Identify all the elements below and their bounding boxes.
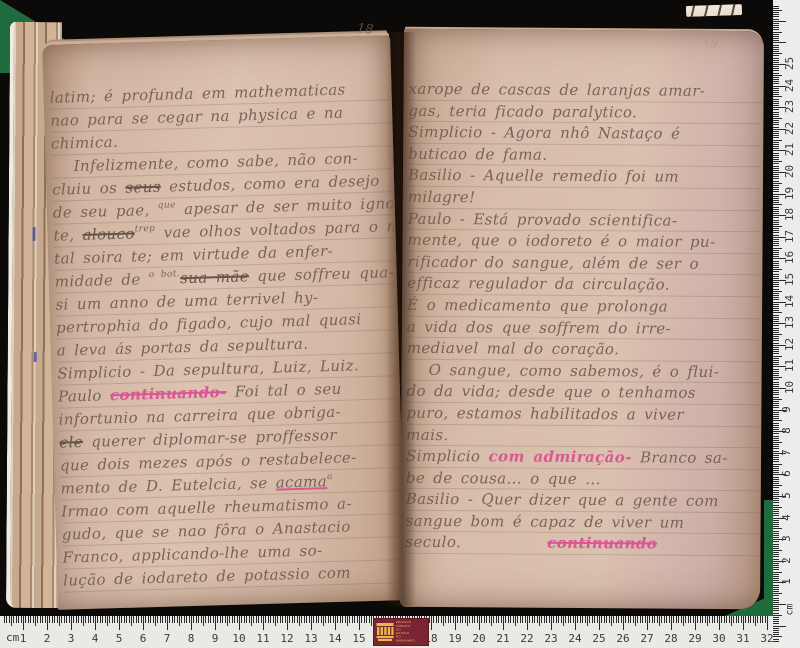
ruler-tick	[773, 319, 779, 320]
ruler-tick	[773, 299, 779, 300]
ruler-tick	[773, 481, 779, 482]
ruler-tick	[773, 513, 779, 514]
ruler-tick	[64, 616, 65, 623]
ruler-tick	[773, 178, 779, 179]
ruler-number: 4	[780, 514, 793, 521]
ruler-tick	[433, 616, 434, 623]
ruler-tick	[773, 81, 779, 82]
ruler-tick	[773, 55, 779, 56]
ruler-tick	[721, 616, 722, 623]
ruler-tick	[773, 105, 779, 106]
ruler-tick	[773, 522, 779, 523]
ruler-tick	[773, 114, 779, 115]
ruler-tick	[690, 616, 691, 623]
ruler-tick	[773, 548, 779, 549]
ruler-tick	[773, 112, 779, 113]
ruler-tick	[565, 616, 566, 623]
ruler-tick	[208, 616, 209, 623]
ruler-tick	[222, 616, 223, 623]
ruler-tick	[773, 191, 779, 192]
ruler-number: 16	[783, 251, 796, 264]
ruler-tick	[529, 616, 530, 623]
ruler-tick	[733, 616, 734, 623]
ruler-tick	[773, 146, 779, 147]
ruler-tick	[773, 211, 779, 212]
manuscript-text-segment: puro, estamos habilitados a viver	[406, 404, 684, 424]
ruler-tick	[213, 616, 214, 623]
ruler-number: 10	[232, 632, 245, 645]
ruler-tick	[773, 589, 779, 590]
ruler-tick	[109, 616, 110, 623]
ruler-tick	[773, 202, 779, 203]
ruler-tick	[773, 185, 779, 186]
ruler-tick	[544, 616, 545, 623]
ruler-tick	[157, 616, 158, 623]
ruler-tick	[773, 567, 779, 568]
ruler-tick	[54, 616, 55, 623]
ruler-tick	[773, 101, 779, 102]
ruler-tick	[773, 308, 779, 309]
ruler-tick	[773, 375, 779, 376]
manuscript-line: a vida dos que soffrem do irre-	[407, 316, 760, 340]
ruler-tick	[150, 616, 151, 623]
ruler-tick	[773, 34, 779, 35]
ruler-tick	[773, 386, 779, 387]
ruler-tick	[6, 616, 7, 623]
ruler-tick	[25, 616, 26, 623]
ruler-tick	[773, 455, 779, 456]
ruler-number: 1	[780, 579, 793, 586]
ruler-tick	[773, 595, 779, 596]
ruler-tick	[773, 360, 779, 361]
manuscript-text-segment: Paulo - Está provado scientifica-	[408, 209, 678, 229]
archive-stamp-text: ARQUIVO PÚBLICO DO ESTADO DO MARANHÃO	[396, 621, 415, 643]
ruler-tick	[773, 62, 779, 63]
ruler-tick	[773, 23, 779, 24]
ruler-tick	[773, 373, 779, 374]
ruler-tick	[750, 616, 751, 623]
ruler-number: 13	[783, 316, 796, 329]
ruler-tick	[196, 616, 197, 623]
ruler-tick	[465, 616, 466, 623]
ruler-tick	[234, 616, 235, 623]
ruler-tick	[117, 616, 118, 623]
ruler-tick	[773, 239, 779, 240]
ruler-tick	[345, 616, 346, 623]
ruler-tick	[773, 274, 779, 275]
ruler-tick	[431, 616, 432, 630]
ruler-tick	[570, 616, 571, 623]
ruler-tick	[773, 509, 779, 510]
ruler-tick	[773, 330, 779, 331]
ruler-tick	[773, 459, 779, 460]
ruler-tick	[652, 616, 653, 623]
ruler-tick	[189, 616, 190, 623]
ruler-tick	[773, 312, 782, 313]
ruler-tick	[773, 230, 779, 231]
ruler-tick	[241, 616, 242, 623]
ruler-number: 25	[783, 57, 796, 70]
ruler-tick	[256, 616, 257, 623]
ruler-tick	[201, 616, 202, 623]
ruler-tick	[261, 616, 262, 623]
ruler-tick	[33, 616, 34, 623]
ruler-tick	[773, 587, 779, 588]
ruler-tick	[748, 616, 749, 623]
ruler-tick	[773, 68, 779, 69]
ruler-tick	[773, 232, 779, 233]
ruler-tick	[773, 137, 779, 138]
ruler-tick	[203, 616, 204, 626]
ruler-tick	[773, 613, 779, 614]
ruler-number: 8	[780, 427, 793, 434]
ruler-tick	[773, 153, 779, 154]
ruler-tick	[773, 217, 779, 218]
ruler-tick	[773, 168, 779, 169]
ruler-tick	[133, 616, 134, 623]
ruler-tick	[436, 616, 437, 623]
ruler-tick	[594, 616, 595, 623]
ruler-tick	[673, 616, 674, 623]
ruler-tick	[611, 616, 612, 626]
ruler-tick	[57, 616, 58, 623]
book-gutter	[386, 32, 416, 606]
ruler-tick	[773, 90, 779, 91]
ruler-tick	[112, 616, 113, 623]
manuscript-text-segment: É o medicamento que prolonga	[407, 296, 668, 316]
ruler-tick	[585, 616, 586, 623]
ruler-tick	[95, 616, 96, 630]
ruler-tick	[486, 616, 487, 623]
ruler-tick	[773, 243, 779, 244]
ruler-tick	[773, 358, 779, 359]
manuscript-line: milagre!	[408, 187, 761, 211]
ruler-tick	[773, 293, 779, 294]
ruler-number: 19	[783, 186, 796, 199]
ruler-tick	[114, 616, 115, 623]
manuscript-line: seculo.continuando	[405, 532, 758, 556]
ruler-tick	[753, 616, 754, 623]
ruler-tick	[59, 616, 60, 626]
ruler-number: 2	[44, 632, 51, 645]
ruler-tick	[773, 250, 779, 251]
ruler-tick	[773, 382, 779, 383]
ruler-tick	[121, 616, 122, 623]
ruler-tick	[773, 265, 779, 266]
bottom-ruler-unit-label: cm	[6, 631, 19, 644]
ruler-number: 5	[780, 492, 793, 499]
manuscript-text-segment: milagre!	[408, 188, 476, 206]
ruler-tick	[642, 616, 643, 623]
ruler-tick	[773, 617, 779, 618]
ruler-tick	[773, 399, 782, 400]
ruler-tick	[773, 79, 779, 80]
ruler-tick	[280, 616, 281, 623]
ruler-tick	[623, 616, 624, 630]
ruler-tick	[773, 38, 779, 39]
ruler-tick	[23, 616, 24, 630]
ruler-tick	[773, 425, 779, 426]
ruler-tick	[167, 616, 168, 630]
manuscript-text-segment: o bot.	[149, 269, 181, 280]
ruler-tick	[105, 616, 106, 623]
ruler-tick	[249, 616, 250, 623]
ruler-number: 24	[783, 78, 796, 91]
ruler-tick	[773, 492, 779, 493]
ruler-tick	[743, 616, 744, 630]
ruler-tick	[49, 616, 50, 623]
ruler-tick	[773, 60, 779, 61]
ruler-tick	[232, 616, 233, 623]
ruler-tick	[100, 616, 101, 623]
ruler-tick	[160, 616, 161, 623]
ruler-tick	[726, 616, 727, 623]
manuscript-line: efficaz regulador da circulação.	[407, 273, 760, 297]
ruler-tick	[773, 600, 779, 601]
ruler-tick	[773, 420, 782, 421]
ruler-tick	[361, 616, 362, 623]
ruler-tick	[773, 47, 779, 48]
ruler-tick	[738, 616, 739, 623]
ruler-tick	[773, 451, 779, 452]
ruler-tick	[773, 576, 779, 577]
ruler-tick	[773, 269, 782, 270]
ruler-tick	[773, 118, 782, 119]
ruler-tick	[773, 405, 779, 406]
ruler-tick	[577, 616, 578, 623]
ruler-tick	[773, 161, 782, 162]
ruler-tick	[693, 616, 694, 623]
ruler-tick	[181, 616, 182, 623]
ruler-number: 14	[328, 632, 341, 645]
ruler-number: 17	[783, 230, 796, 243]
ruler-tick	[773, 228, 779, 229]
ruler-tick	[773, 369, 779, 370]
ruler-tick	[773, 99, 779, 100]
ruler-tick	[666, 616, 667, 623]
ruler-tick	[773, 485, 782, 486]
ruler-tick	[270, 616, 271, 623]
ruler-tick	[558, 616, 559, 623]
manuscript-line: sangue bom é capaz de viver um	[406, 511, 759, 535]
ruler-tick	[352, 616, 353, 623]
ruler-tick	[773, 245, 779, 246]
ruler-tick	[773, 325, 779, 326]
ruler-tick	[755, 616, 756, 626]
ruler-tick	[179, 616, 180, 626]
manuscript-text-segment: continuando	[547, 534, 657, 553]
ruler-tick	[510, 616, 511, 623]
ruler-tick	[479, 616, 480, 630]
ruler-tick	[292, 616, 293, 623]
ruler-tick	[773, 207, 779, 208]
ruler-tick	[657, 616, 658, 623]
ruler-tick	[773, 500, 779, 501]
ruler-tick	[773, 336, 779, 337]
ruler-tick	[773, 198, 779, 199]
ruler-tick	[773, 412, 779, 413]
ruler-tick	[773, 401, 779, 402]
manuscript-text-segment: O sangue, como sabemos, é o flui-	[429, 361, 720, 381]
ruler-tick	[773, 444, 779, 445]
ruler-tick	[773, 29, 779, 30]
ruler-tick	[773, 304, 779, 305]
ruler-tick	[773, 608, 779, 609]
ruler-tick	[697, 616, 698, 623]
ruler-number: 9	[212, 632, 219, 645]
ruler-tick	[493, 616, 494, 623]
ruler-tick	[773, 390, 779, 391]
ruler-tick	[773, 507, 782, 508]
ruler-number: 15	[352, 632, 365, 645]
blue-ink-mark	[34, 352, 37, 362]
ruler-tick	[496, 616, 497, 623]
ruler-tick	[462, 616, 463, 623]
ruler-tick	[445, 616, 446, 623]
ruler-tick	[773, 457, 779, 458]
ruler-tick	[52, 616, 53, 623]
ruler-tick	[773, 394, 779, 395]
ruler-tick	[773, 166, 779, 167]
ruler-tick	[573, 616, 574, 623]
ruler-tick	[773, 351, 779, 352]
ruler-tick	[700, 616, 701, 623]
ruler-tick	[773, 70, 779, 71]
ruler-tick	[522, 616, 523, 623]
ruler-tick	[580, 616, 581, 623]
ruler-tick	[707, 616, 708, 626]
ruler-tick	[575, 616, 576, 630]
ruler-tick	[541, 616, 542, 623]
manuscript-text-segment: Simplicio - Agora nhô Nastaço é	[408, 123, 680, 143]
manuscript-text-segment: acama	[275, 472, 327, 491]
ruler-number: 19	[448, 632, 461, 645]
ruler-tick	[773, 528, 782, 529]
ruler-tick	[582, 616, 583, 623]
ruler-tick	[659, 616, 660, 626]
manuscript-text-segment: de seu pae,	[53, 201, 158, 222]
ruler-tick	[597, 616, 598, 623]
ruler-tick	[141, 616, 142, 623]
ruler-tick	[621, 616, 622, 623]
ruler-tick	[83, 616, 84, 626]
ruler-tick	[124, 616, 125, 623]
ruler-tick	[773, 379, 779, 380]
ruler-tick	[138, 616, 139, 623]
ruler-tick	[773, 356, 782, 357]
ruler-tick	[645, 616, 646, 623]
ruler-tick	[606, 616, 607, 623]
ruler-tick	[773, 531, 779, 532]
ruler-tick	[717, 616, 718, 623]
ruler-tick	[637, 616, 638, 623]
ruler-tick	[719, 616, 720, 630]
manuscript-text-segment: alouco	[82, 224, 135, 243]
ruler-tick	[275, 616, 276, 626]
ruler-tick	[546, 616, 547, 623]
ruler-tick	[773, 598, 779, 599]
ruler-tick	[40, 616, 41, 623]
ruler-tick	[773, 27, 779, 28]
ruler-tick	[773, 585, 779, 586]
ruler-tick	[757, 616, 758, 623]
manuscript-text-segment: seus	[125, 178, 161, 197]
ruler-number: 3	[780, 535, 793, 542]
ruler-tick	[773, 591, 779, 592]
ruler-tick	[773, 371, 779, 372]
ruler-tick	[773, 338, 779, 339]
ruler-tick	[119, 616, 120, 630]
ruler-number: 15	[783, 273, 796, 286]
ruler-tick	[773, 144, 779, 145]
ruler-tick	[172, 616, 173, 623]
manuscript-text-segment: efficaz regulador da circulação.	[407, 274, 670, 294]
ruler-tick	[88, 616, 89, 623]
ruler-tick	[505, 616, 506, 623]
ruler-tick	[688, 616, 689, 623]
ruler-number: 21	[496, 632, 509, 645]
ruler-tick	[169, 616, 170, 623]
manuscript-text-segment: Paulo	[58, 386, 111, 405]
ruler-tick	[773, 546, 779, 547]
ruler-tick	[773, 133, 779, 134]
manuscript-line: do da vida; desde que o tenhamos	[406, 381, 759, 405]
ruler-tick	[563, 616, 564, 626]
ruler-tick	[633, 616, 634, 623]
ruler-tick	[457, 616, 458, 623]
manuscript-text-segment: do da vida; desde que o tenhamos	[406, 382, 696, 402]
ruler-tick	[515, 616, 516, 626]
ruler-tick	[66, 616, 67, 623]
ruler-tick	[773, 140, 782, 141]
ruler-tick	[640, 616, 641, 623]
right-ruler: 2524232221201918171615141312111098765432…	[773, 0, 800, 648]
ruler-tick	[773, 641, 779, 642]
manuscript-text-segment: que soffreu qua-	[249, 263, 395, 285]
ruler-tick	[469, 616, 470, 623]
manuscript-text-segment: buticao de fama.	[408, 145, 547, 164]
ruler-tick	[282, 616, 283, 623]
ruler-tick	[246, 616, 247, 623]
ruler-number: 25	[592, 632, 605, 645]
manuscript-text-segment: lução de iodareto de potassio com	[63, 564, 351, 590]
ruler-tick	[773, 448, 779, 449]
ruler-tick	[773, 94, 779, 95]
ruler-number: 21	[783, 143, 796, 156]
ruler-tick	[136, 616, 137, 623]
manuscript-text-segment: midade de	[55, 270, 150, 291]
ruler-number: 26	[616, 632, 629, 645]
ruler-tick	[773, 267, 779, 268]
ruler-tick	[328, 616, 329, 623]
ruler-tick	[438, 616, 439, 623]
manuscript-text-segment: Basilio - Quer dizer que a gente com	[406, 490, 719, 510]
ruler-tick	[773, 157, 779, 158]
ruler-tick	[712, 616, 713, 623]
ruler-tick	[773, 468, 779, 469]
ruler-tick	[773, 321, 779, 322]
ruler-tick	[773, 16, 779, 17]
ruler-tick	[773, 639, 779, 640]
manuscript-text-segment: Foi tal o seu	[226, 380, 342, 401]
ruler-tick	[71, 616, 72, 630]
manuscript-line: xarope de cascas de laranjas amar-	[409, 79, 762, 103]
ruler-tick	[9, 616, 10, 623]
ruler-number: 28	[664, 632, 677, 645]
ruler-tick	[773, 446, 779, 447]
ruler-number: 12	[280, 632, 293, 645]
ruler-tick	[773, 423, 779, 424]
